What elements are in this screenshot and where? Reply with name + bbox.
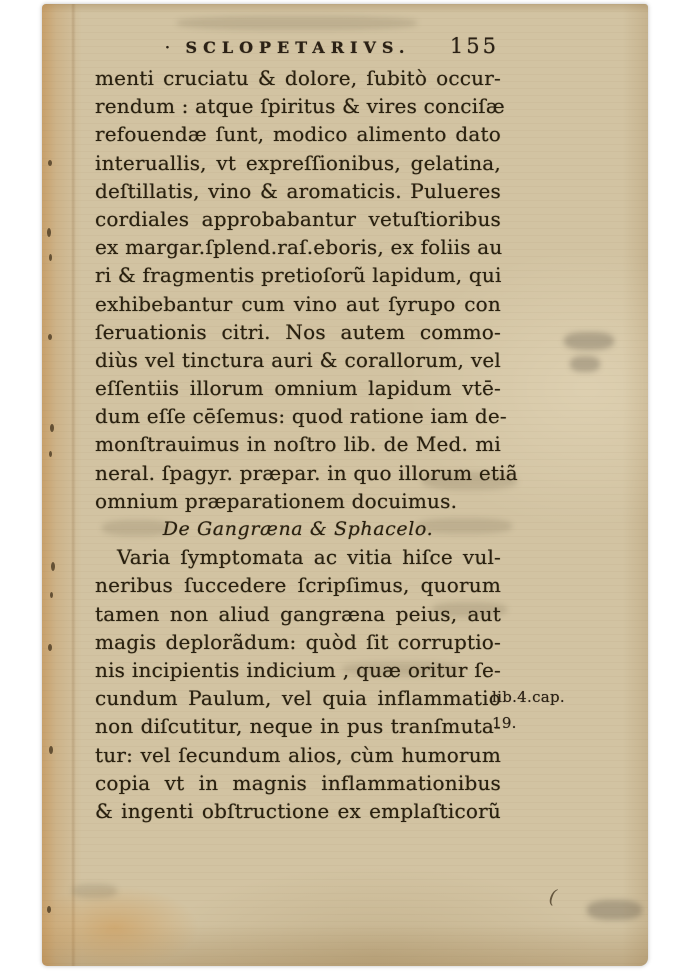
text-line: magis deplorãdum: quòd ſit corruptio- (95, 628, 501, 656)
ink-speck (50, 592, 53, 598)
text-line: monſtrauimus in noſtro lib. de Med. mi (95, 430, 501, 458)
margin-note-line: 19. (492, 710, 587, 736)
text-line: eſſentiis illorum omnium lapidum vtē- (95, 374, 501, 402)
ink-speck (51, 562, 55, 571)
ink-speck (47, 906, 51, 913)
margin-note-line: lib.4.cap. (492, 684, 587, 710)
text-line: non diſcutitur, neque in pus tranſmuta- (95, 712, 501, 740)
ink-speck (48, 334, 52, 340)
text-line: interuallis, vt expreſſionibus, gelatina… (95, 149, 501, 177)
text-line: rendum : atque ſpiritus & vires conciſæ (95, 92, 501, 120)
text-line: ri & fragmentis pretioſorũ lapidum, qui (95, 261, 501, 289)
text-line: Varia ſymptomata ac vitia hiſce vul- (95, 543, 501, 571)
text-line: refouendæ ſunt, modico alimento dato (95, 120, 501, 148)
text-line: cordiales approbabantur vetuſtioribus (95, 205, 501, 233)
bleedthrough-smudge (570, 356, 600, 372)
ink-smudge (587, 900, 642, 920)
running-title: SCLOPETARIVS. (95, 38, 501, 57)
bleedthrough-smudge (177, 16, 417, 30)
text-line: exhibebantur cum vino aut ſyrupo con (95, 290, 501, 318)
text-line: neribus ſuccedere ſcripſimus, quorum (95, 571, 501, 599)
section-heading: De Gangræna & Sphacelo. (95, 515, 501, 543)
text-line: tur: vel ſecundum alios, cùm humorum (95, 741, 501, 769)
scanned-book-page: · SCLOPETARIVS. 155 menti cruciatu & dol… (0, 0, 690, 976)
text-line: copia vt in magnis inflammationibus (95, 769, 501, 797)
ink-smudge (72, 884, 117, 898)
text-line: ſeruationis citri. Nos autem commo- (95, 318, 501, 346)
page-number: 155 (450, 34, 499, 58)
page-header: · SCLOPETARIVS. 155 (95, 34, 501, 58)
text-line: menti cruciatu & dolore, ſubitò occur- (95, 64, 501, 92)
ink-speck (50, 424, 54, 432)
bleedthrough-smudge (564, 332, 614, 350)
text-line: neral. ſpagyr. præpar. in quo illorum et… (95, 459, 501, 487)
text-line: dum eſſe cēſemus: quod ratione iam de- (95, 402, 501, 430)
text-line: & ingenti obſtructione ex emplaſticorũ (95, 797, 501, 825)
margin-note: lib.4.cap. 19. (492, 684, 587, 736)
text-line: cundum Paulum, vel quia inflammatio (95, 684, 501, 712)
ink-speck (49, 254, 52, 261)
text-line: diùs vel tinctura auri & corallorum, vel (95, 346, 501, 374)
text-line: nis incipientis indicium , quæ oritur ſe… (95, 656, 501, 684)
text-line: ex margar.ſplend.raſ.eboris, ex foliis a… (95, 233, 501, 261)
ink-speck (48, 160, 52, 166)
text-line: deſtillatis, vino & aromaticis. Pulueres (95, 177, 501, 205)
ink-speck (47, 228, 51, 237)
ink-speck (48, 644, 52, 651)
ink-speck (49, 746, 53, 754)
text-block: menti cruciatu & dolore, ſubitò occur- r… (95, 64, 501, 825)
text-line: omnium præparationem docuimus. (95, 487, 501, 515)
ink-speck (49, 451, 52, 457)
text-line: tamen non aliud gangræna peius, aut (95, 600, 501, 628)
